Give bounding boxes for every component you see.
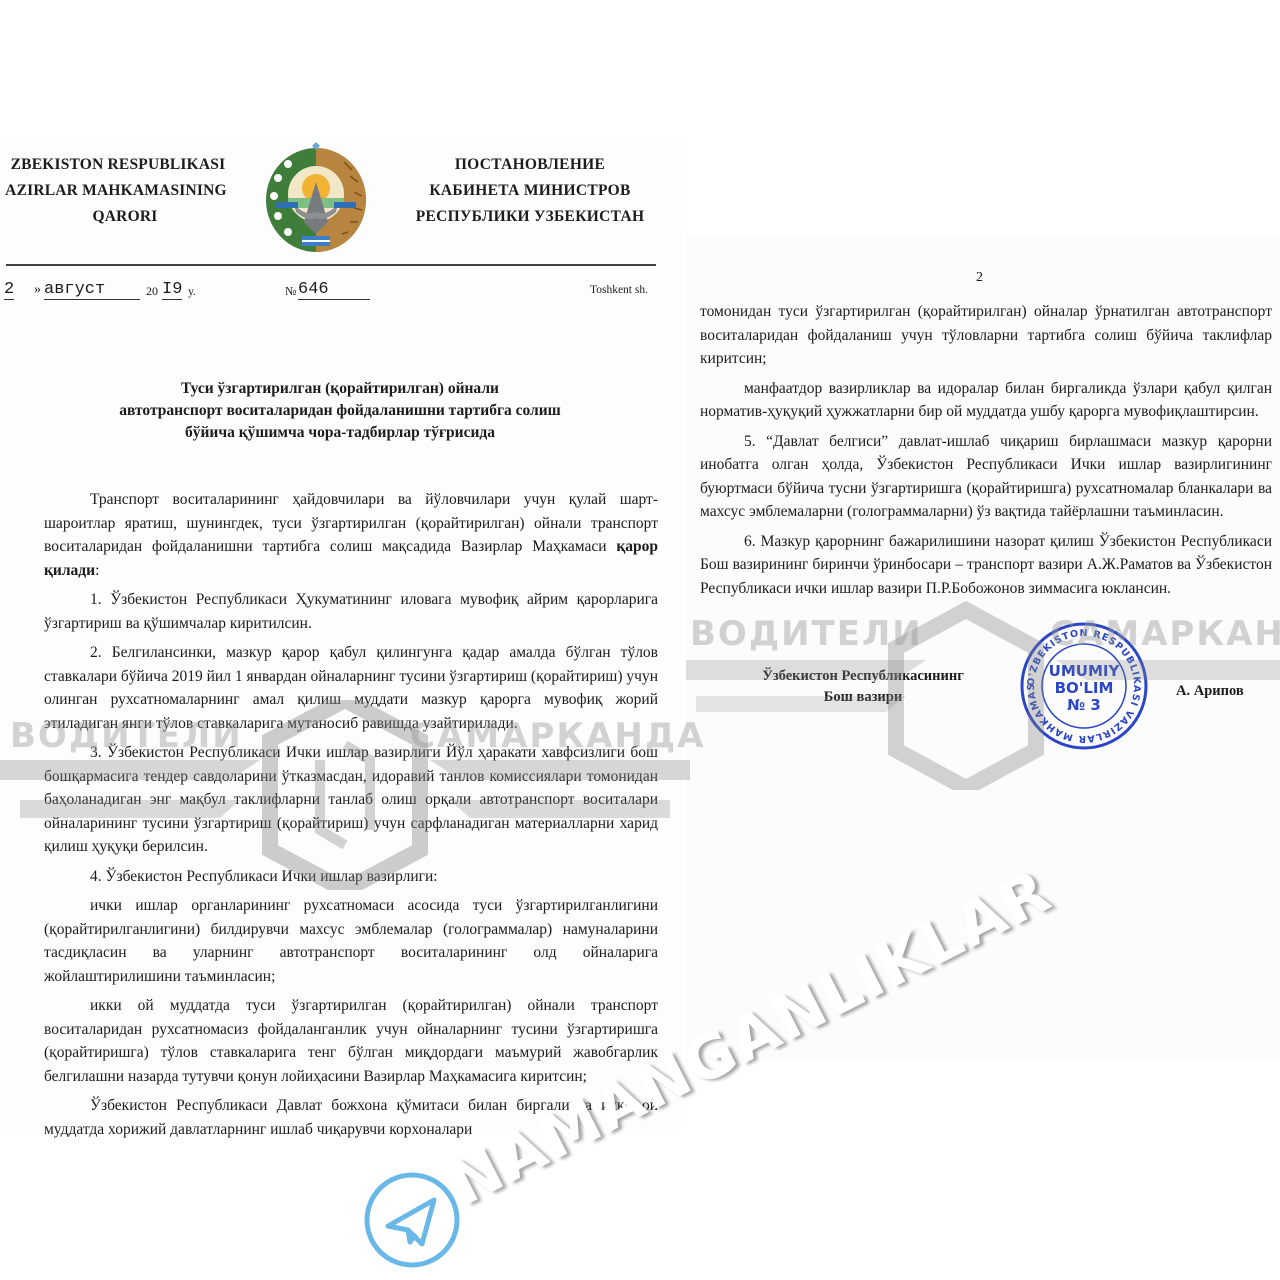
signatory-title: Ўзбекистон Республикасининг Бош вазири (738, 666, 988, 708)
date-year-unit: у. (188, 284, 196, 299)
paragraph-4: 4. Ўзбекистон Республикаси Ички ишлар ва… (44, 865, 658, 889)
date-day: 2 (4, 280, 14, 300)
paragraph-5: 5. “Давлат белгиси” давлат-ишлаб чиқариш… (700, 430, 1272, 524)
signatory-name: А. Арипов (1176, 683, 1244, 700)
header-russian: ПОСТАНОВЛЕНИЕ КАБИНЕТА МИНИСТРОВ РЕСПУБЛ… (400, 152, 660, 230)
svg-text:UMUMIY: UMUMIY (1049, 662, 1121, 680)
decree-body: Транспорт воситаларининг ҳайдовчилари ва… (44, 488, 658, 1147)
continuation: томонидан туси ўзгартирилган (қорайтирил… (700, 300, 1272, 371)
header-uzbek: ZBEKISTON RESPUBLIKASI AZIRLAR MAHKAMASI… (0, 152, 250, 230)
decree-number: 646 (298, 280, 370, 300)
decree-body-continued: томонидан туси ўзгартирилган (қорайтирил… (700, 300, 1272, 606)
svg-text:BO'LIM: BO'LIM (1055, 679, 1114, 697)
document-page-1: ZBEKISTON RESPUBLIKASI AZIRLAR MAHKAMASI… (0, 140, 682, 1130)
paragraph-1: 1. Ўзбекистон Республикаси Ҳукуматининг … (44, 588, 658, 635)
header-divider (6, 264, 656, 266)
state-emblem-icon (264, 142, 368, 254)
paragraph-2: 2. Белгилансинки, мазкур қарор қабул қил… (44, 641, 658, 735)
decree-title: Туси ўзгартирилган (қорайтирилган) ойнал… (40, 378, 640, 444)
page-number: 2 (976, 270, 983, 286)
svg-text:№ 3: № 3 (1067, 696, 1101, 714)
paragraph-6: 6. Мазкур қарорнинг бажарилишини назорат… (700, 530, 1272, 601)
date-month: август (44, 280, 140, 300)
official-stamp-icon: O'ZBEKISTON RESPUBLIKASI VAZIRLAR MAHKAM… (1018, 620, 1150, 752)
preamble: Транспорт воситаларининг ҳайдовчилари ва… (44, 488, 658, 582)
paragraph-4b: икки ой муддатда туси ўзгартирилган (қор… (44, 994, 658, 1088)
date-year-suffix: I9 (162, 280, 182, 300)
paragraph-3: 3. Ўзбекистон Республикаси Ички ишлар ва… (44, 741, 658, 859)
telegram-icon (362, 1170, 462, 1270)
number-label: № (285, 284, 296, 299)
date-line: 2 » август 20 I9 у. № 646 Toshkent sh. (0, 280, 660, 304)
paragraph-4a: ички ишлар органларининг рухсатномаси ас… (44, 894, 658, 988)
date-year-prefix: 20 (146, 284, 158, 299)
paragraph-4d: манфаатдор вазирликлар ва идоралар билан… (700, 377, 1272, 424)
place: Toshkent sh. (590, 284, 648, 296)
date-day-suffix: » (34, 282, 41, 298)
